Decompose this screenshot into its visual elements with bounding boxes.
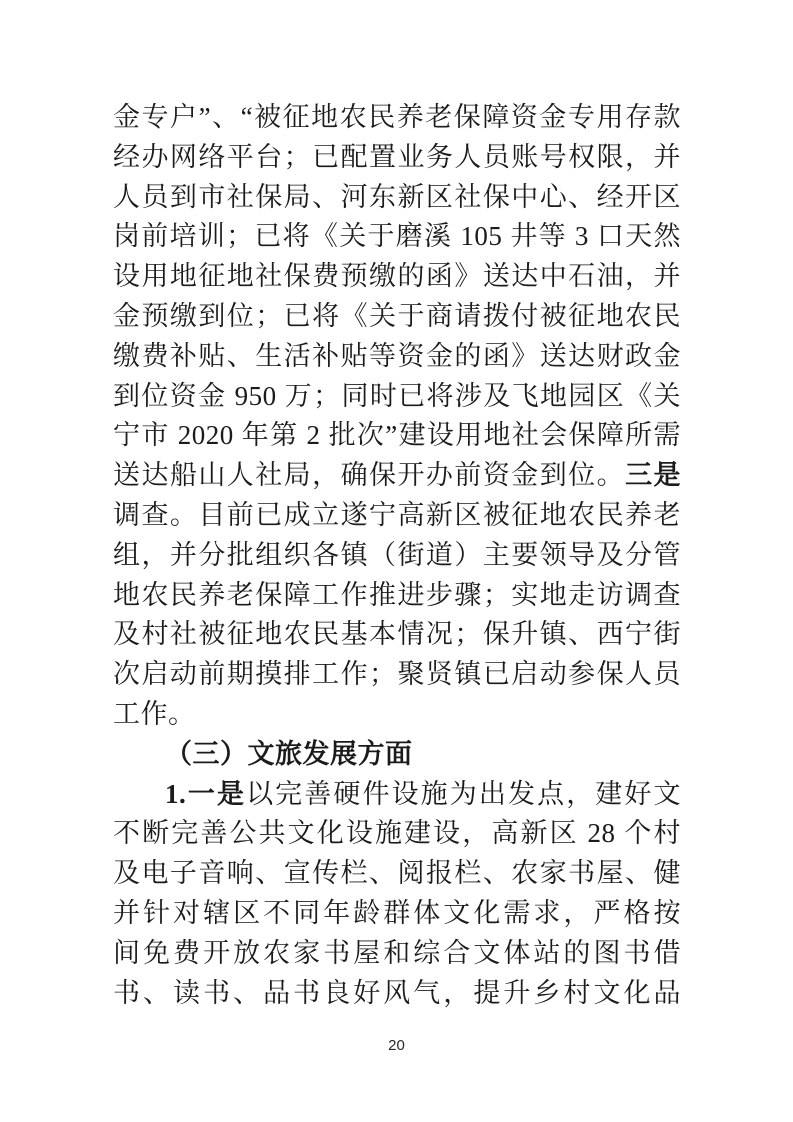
text-segment: 次启动前期摸排工作；聚贤镇已启动参保人员镇村审核前期 [113,659,681,695]
text-line: 组，并分批组织各镇（街道）主要领导及分管领导研究被征 [113,536,681,576]
text-segment: 间免费开放农家书屋和综合文体站的图书借阅，积极营造爱 [113,938,681,974]
text-segment: 及电子音响、宣传栏、阅报栏、农家书屋、健身器材等设施。 [113,858,681,894]
text-line: 及村社被征地农民基本情况；保升镇、西宁街道已按报征批 [113,615,681,655]
text-segment: 不断完善公共文化设施建设，高新区 28 个村（社区）已普 [113,818,681,854]
text-line: 缴费补贴、生活补贴等资金的函》送达财政金融局，目前已 [113,337,681,377]
text-segment: 金专户”、“被征地农民养老保障资金专用存款账户”，已建立 [113,102,681,138]
emphasis-text: 1.一是 [165,779,246,809]
text-segment: 及村社被征地农民基本情况；保升镇、西宁街道已按报征批 [113,619,681,655]
text-segment: 工作。 [113,699,196,729]
text-line: 地农民养老保障工作推进步骤；实地走访调查各镇（街道） [113,576,681,616]
text-line: 岗前培训；已将《关于磨溪 105 井等 3 口天然气钻井工程建 [113,217,681,257]
text-line: 设用地征地社保费预缴的函》送达中石油，并督促中石油资 [113,257,681,297]
text-line: 宁市 2020 年第 2 批次”建设用地社会保障所需资金的函》已 [113,416,681,456]
text-block: 金专户”、“被征地农民养老保障资金专用存款账户”，已建立经办网络平台；已配置业务… [113,98,681,1013]
text-segment: 经办网络平台；已配置业务人员账号权限，并多次组织业务 [113,142,681,178]
text-line: 调查。目前已成立遂宁高新区被征地农民养老保障专项工作 [113,496,681,536]
text-line: 间免费开放农家书屋和综合文体站的图书借阅，积极营造爱 [113,934,681,974]
text-segment: 送达船山人社局，确保开办前资金到位。 [113,460,625,490]
text-line: 工作。 [113,695,681,735]
document-page: 金专户”、“被征地农民养老保障资金专用存款账户”，已建立经办网络平台；已配置业务… [0,0,793,1122]
text-segment: 人员到市社保局、河东新区社保中心、经开区社保中心进行 [113,182,681,218]
text-line: 送达船山人社局，确保开办前资金到位。三是开展实地走访 [113,456,681,496]
text-segment: 宁市 2020 年第 2 批次”建设用地社会保障所需资金的函》已 [113,420,681,456]
text-line: 到位资金 950 万；同时已将涉及飞地园区《关于商请预缴“遂 [113,377,681,417]
text-line: 人员到市社保局、河东新区社保中心、经开区社保中心进行 [113,178,681,218]
text-segment: 缴费补贴、生活补贴等资金的函》送达财政金融局，目前已 [113,341,681,377]
text-line: 金专户”、“被征地农民养老保障资金专用存款账户”，已建立 [113,98,681,138]
text-segment: 并针对辖区不同年龄群体文化需求，严格按照“错时延时”时 [113,898,681,934]
text-segment: 调查。目前已成立遂宁高新区被征地农民养老保障专项工作 [113,500,681,536]
text-line: 不断完善公共文化设施建设，高新区 28 个村（社区）已普 [113,814,681,854]
text-line: 并针对辖区不同年龄群体文化需求，严格按照“错时延时”时 [113,894,681,934]
section-heading: （三）文旅发展方面 [113,735,681,775]
text-segment: 地农民养老保障工作推进步骤；实地走访调查各镇（街道） [113,580,681,616]
text-segment: 设用地征地社保费预缴的函》送达中石油，并督促中石油资 [113,261,681,297]
text-line: 书、读书、品书良好风气，提升乡村文化品位。二是以充实 [113,974,681,1014]
text-line: 金预缴到位；已将《关于商请拨付被征地农民 151 人代缴费、 [113,297,681,337]
text-segment: 金预缴到位；已将《关于商请拨付被征地农民 151 人代缴费、 [113,301,681,337]
text-segment: 岗前培训；已将《关于磨溪 105 井等 3 口天然气钻井工程建 [113,221,681,257]
text-line: 经办网络平台；已配置业务人员账号权限，并多次组织业务 [113,138,681,178]
emphasis-text: 三是 [625,460,681,490]
text-line: 1.一是以完善硬件设施为出发点，建好文娱公共场所。 [113,775,681,815]
text-line: 及电子音响、宣传栏、阅报栏、农家书屋、健身器材等设施。 [113,854,681,894]
text-segment: 书、读书、品书良好风气，提升乡村文化品位。 [113,978,681,1014]
text-line: 次启动前期摸排工作；聚贤镇已启动参保人员镇村审核前期 [113,655,681,695]
text-segment: 到位资金 950 万；同时已将涉及飞地园区《关于商请预缴“遂 [113,381,681,417]
emphasis-text: （三）文旅发展方面 [165,739,413,769]
text-segment: 组，并分批组织各镇（街道）主要领导及分管领导研究被征 [113,540,681,576]
page-number: 20 [0,1037,793,1054]
